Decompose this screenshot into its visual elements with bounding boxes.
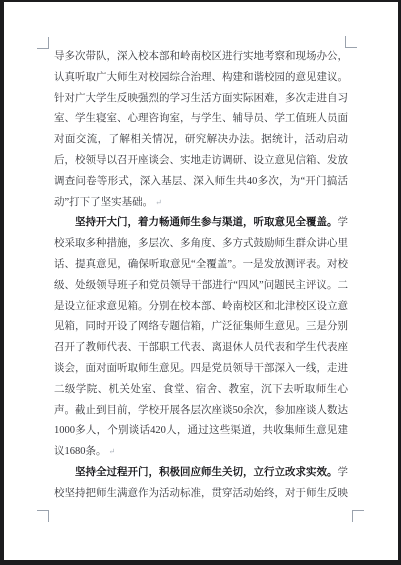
crop-mark-top-left-icon [37, 37, 49, 49]
paragraph-lead-bold: 坚持全过程开门，积极回应师生关切，立行立改求实效。 [75, 467, 338, 478]
document-page: 导多次带队，深入校本部和岭南校区进行实地考察和现场办公，认真听取广大师生对校园综… [0, 0, 401, 565]
crop-mark-bottom-left-icon [37, 510, 49, 522]
paragraph: 坚持开大门，着力畅通师生参与渠道，听取意见全覆盖。学校采取多种措施，多层次、多角… [54, 213, 348, 463]
document-body[interactable]: 导多次带队，深入校本部和岭南校区进行实地考察和现场办公，认真听取广大师生对校园综… [54, 47, 348, 505]
paragraph-mark-icon: ↵ [107, 447, 116, 456]
paragraph-lead-bold: 坚持开大门，着力畅通师生参与渠道，听取意见全覆盖。 [75, 217, 338, 228]
paragraph: 导多次带队，深入校本部和岭南校区进行实地考察和现场办公，认真听取广大师生对校园综… [54, 47, 348, 213]
paragraph-mark-icon: ↵ [153, 198, 162, 207]
paragraph-text: 学校采取多种措施，多层次、多角度、多方式鼓励师生群众讲心里话、提真意见，确保听取… [54, 217, 348, 457]
paragraph-text: 导多次带队，深入校本部和岭南校区进行实地考察和现场办公，认真听取广大师生对校园综… [54, 51, 348, 208]
crop-mark-bottom-right-icon [352, 510, 364, 522]
paragraph: 坚持全过程开门，积极回应师生关切，立行立改求实效。学校坚持把师生满意作为活动标准… [54, 463, 348, 505]
